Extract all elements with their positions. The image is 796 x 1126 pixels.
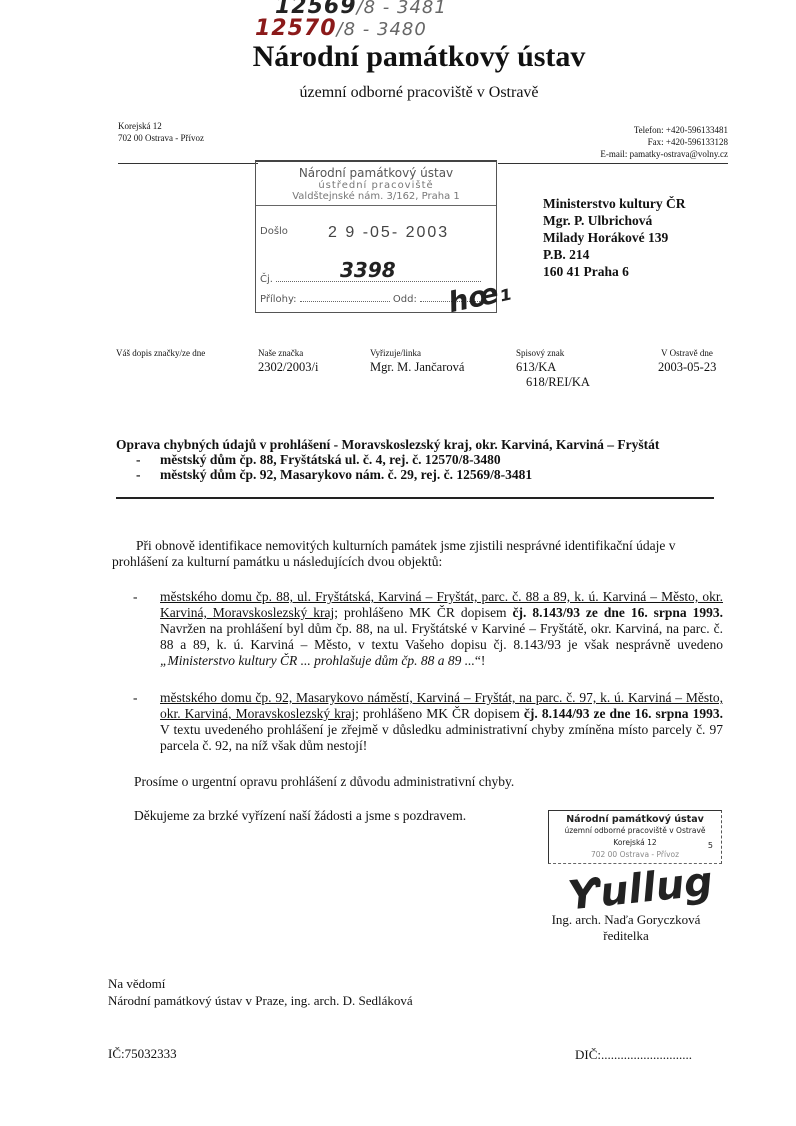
our-ref: 2302/2003/i bbox=[258, 360, 318, 375]
subject-divider bbox=[116, 497, 714, 499]
vat-id: DIČ:............................ bbox=[575, 1047, 692, 1063]
cc-recipient: Národní památkový ústav v Praze, ing. ar… bbox=[108, 992, 413, 1009]
company-id: IČ:75032333 bbox=[108, 1046, 177, 1062]
file-code: 613/KA 618/REI/KA bbox=[516, 360, 590, 390]
subject-title: Oprava chybných údajů v prohlášení - Mor… bbox=[116, 437, 659, 452]
dept-label: Odd: bbox=[393, 294, 417, 305]
recipient-line: P.B. 214 bbox=[543, 246, 686, 263]
closing-paragraph: Děkujeme za brzké vyřízení naší žádosti … bbox=[134, 808, 466, 824]
handled-by-label: Vyřizuje/linka bbox=[370, 348, 421, 358]
recipient-line: 160 41 Praha 6 bbox=[543, 263, 686, 280]
received-date: 2 9 -05- 2003 bbox=[328, 224, 449, 242]
address-street: Korejská 12 bbox=[118, 120, 204, 132]
recipient-line: Mgr. P. Ulbrichová bbox=[543, 212, 686, 229]
item-text: V textu uvedeného prohlášení je zřejmě v… bbox=[160, 722, 723, 753]
item-text: ; prohlášeno MK ČR dopisem bbox=[334, 605, 512, 620]
stamp-unit: územní odborné pracoviště v Ostravě bbox=[549, 825, 721, 837]
list-item: - městského domu čp. 92, Masarykovo námě… bbox=[133, 690, 723, 754]
your-letter-label: Váš dopis značky/ze dne bbox=[116, 348, 205, 358]
request-paragraph: Prosíme o urgentní opravu prohlášení z d… bbox=[134, 774, 514, 790]
attachments-label: Přílohy: bbox=[260, 294, 297, 305]
subject-item-text: městský dům čp. 88, Fryštátská ul. č. 4,… bbox=[160, 452, 501, 467]
subject: Oprava chybných údajů v prohlášení - Mor… bbox=[116, 437, 659, 482]
file-code-2: 618/REI/KA bbox=[516, 375, 590, 390]
fax: Fax: +420-596133128 bbox=[468, 136, 728, 148]
email: E-mail: pamatky-ostrava@volny.cz bbox=[468, 148, 728, 160]
intro-paragraph: Při obnově identifikace nemovitých kultu… bbox=[112, 538, 724, 570]
sender-stamp: Národní památkový ústav územní odborné p… bbox=[548, 810, 722, 864]
handled-by: Mgr. M. Jančarová bbox=[370, 360, 464, 375]
subject-item-text: městský dům čp. 92, Masarykovo nám. č. 2… bbox=[160, 467, 532, 482]
item-reference: čj. 8.144/93 ze dne 16. srpna 1993. bbox=[524, 706, 723, 721]
item-reference: čj. 8.143/93 ze dne 16. srpna 1993. bbox=[513, 605, 723, 620]
stamp-org: Národní památkový ústav bbox=[549, 814, 721, 825]
stamp-org: Národní památkový ústav bbox=[256, 166, 496, 180]
subject-item: -městský dům čp. 88, Fryštátská ul. č. 4… bbox=[116, 452, 659, 467]
sender-address: Korejská 12 702 00 Ostrava - Přívoz bbox=[118, 120, 204, 144]
stamp-address: Valdštejnské nám. 3/162, Praha 1 bbox=[256, 191, 496, 206]
stamp-street: Korejská 12 bbox=[549, 837, 721, 849]
header-divider-left bbox=[118, 163, 258, 164]
recipient-line: Milady Horákové 139 bbox=[543, 229, 686, 246]
cc-block: Na vědomí Národní památkový ústav v Praz… bbox=[108, 975, 413, 1009]
signatory-role: ředitelka bbox=[536, 928, 716, 944]
recipient-address: Ministerstvo kultury ČR Mgr. P. Ulbricho… bbox=[543, 195, 686, 280]
file-code-label: Spisový znak bbox=[516, 348, 564, 358]
item-text: Navržen na prohlášení byl dům čp. 88, na… bbox=[160, 621, 723, 652]
list-item: - městského domu čp. 88, ul. Fryštátská,… bbox=[133, 589, 723, 669]
item-quote: „Ministerstvo kultury ČR ... prohlašuje … bbox=[160, 653, 475, 668]
handwritten-reference-2: 12570/8 - 3480 bbox=[255, 16, 427, 41]
phone: Telefon: +420-596133481 bbox=[468, 124, 728, 136]
signature: Ƴullug bbox=[566, 859, 715, 920]
stamp-number: 5 bbox=[708, 841, 713, 850]
our-ref-label: Naše značka bbox=[258, 348, 303, 358]
stamp-unit: ústřední pracoviště bbox=[256, 180, 496, 191]
item-text: ; prohlášeno MK ČR dopisem bbox=[355, 706, 524, 721]
sender-contacts: Telefon: +420-596133481 Fax: +420-596133… bbox=[468, 124, 728, 160]
file-code-1: 613/KA bbox=[516, 360, 590, 375]
received-label: Došlo bbox=[260, 226, 288, 237]
letterhead-title: Národní památkový ústav bbox=[0, 40, 796, 74]
handwritten-number: 12570 bbox=[255, 16, 337, 41]
signatory: Ing. arch. Naďa Goryczková ředitelka bbox=[536, 912, 716, 944]
subject-item: -městský dům čp. 92, Masarykovo nám. č. … bbox=[116, 467, 659, 482]
letter-date: 2003-05-23 bbox=[658, 360, 716, 375]
header-divider-right bbox=[498, 163, 728, 164]
cc-label: Na vědomí bbox=[108, 975, 413, 992]
address-city: 702 00 Ostrava - Přívoz bbox=[118, 132, 204, 144]
recipient-line: Ministerstvo kultury ČR bbox=[543, 195, 686, 212]
signatory-name: Ing. arch. Naďa Goryczková bbox=[536, 912, 716, 928]
handwritten-suffix: /8 - 3480 bbox=[337, 19, 427, 40]
date-label: V Ostravě dne bbox=[661, 348, 713, 358]
item-text: “! bbox=[475, 653, 486, 668]
letterhead-subtitle: územní odborné pracoviště v Ostravě bbox=[0, 84, 796, 102]
cj-label: Čj. bbox=[260, 274, 273, 285]
